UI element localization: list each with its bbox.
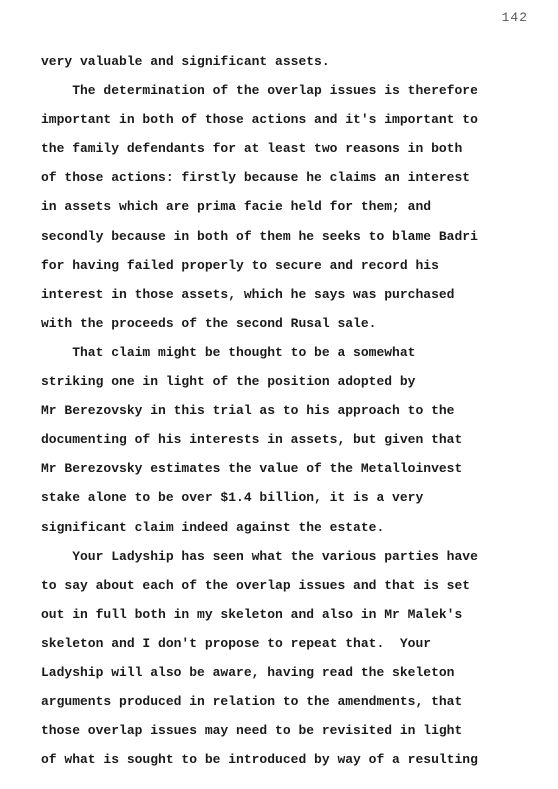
transcript-line: Mr Berezovsky estimates the value of the… [41, 454, 548, 483]
transcript-line: in assets which are prima facie held for… [41, 192, 548, 221]
transcript-line: with the proceeds of the second Rusal sa… [41, 309, 548, 338]
transcript-body: very valuable and significant assets. Th… [41, 47, 548, 774]
transcript-line: arguments produced in relation to the am… [41, 687, 548, 716]
page-number: 142 [502, 10, 528, 25]
transcript-line: Mr Berezovsky in this trial as to his ap… [41, 396, 548, 425]
transcript-line: The determination of the overlap issues … [41, 76, 548, 105]
transcript-line: striking one in light of the position ad… [41, 367, 548, 396]
transcript-line: documenting of his interests in assets, … [41, 425, 548, 454]
transcript-page: 142 very valuable and significant assets… [0, 0, 558, 789]
transcript-line: the family defendants for at least two r… [41, 134, 548, 163]
transcript-line: secondly because in both of them he seek… [41, 222, 548, 251]
transcript-line: to say about each of the overlap issues … [41, 571, 548, 600]
transcript-line: for having failed properly to secure and… [41, 251, 548, 280]
transcript-line: Ladyship will also be aware, having read… [41, 658, 548, 687]
transcript-line: of those actions: firstly because he cla… [41, 163, 548, 192]
transcript-line: out in full both in my skeleton and also… [41, 600, 548, 629]
transcript-line: That claim might be thought to be a some… [41, 338, 548, 367]
transcript-line: significant claim indeed against the est… [41, 513, 548, 542]
transcript-line: those overlap issues may need to be revi… [41, 716, 548, 745]
transcript-line: stake alone to be over $1.4 billion, it … [41, 483, 548, 512]
transcript-line: interest in those assets, which he says … [41, 280, 548, 309]
transcript-line: skeleton and I don't propose to repeat t… [41, 629, 548, 658]
transcript-line: important in both of those actions and i… [41, 105, 548, 134]
transcript-line: of what is sought to be introduced by wa… [41, 745, 548, 774]
transcript-line: very valuable and significant assets. [41, 47, 548, 76]
transcript-line: Your Ladyship has seen what the various … [41, 542, 548, 571]
